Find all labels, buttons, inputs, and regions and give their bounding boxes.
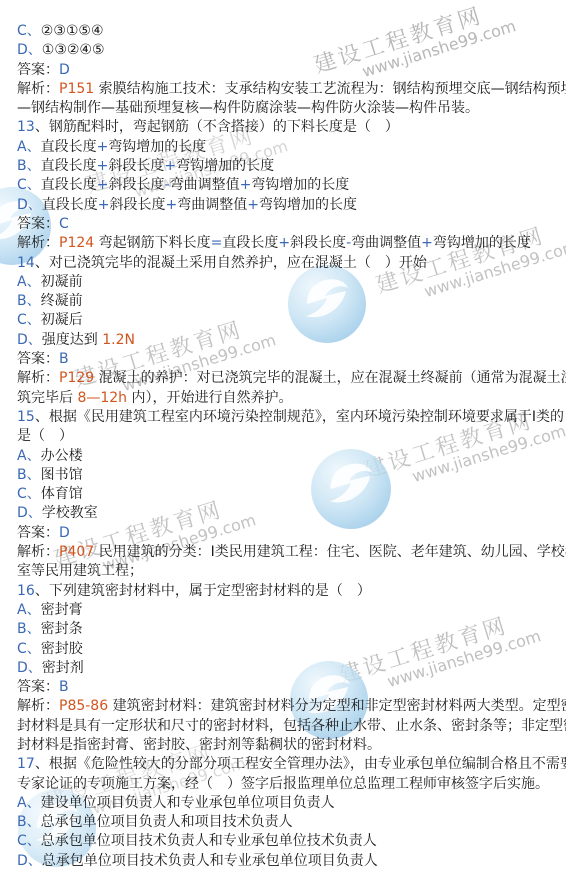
- body-text: 答案：: [17, 62, 59, 78]
- body-text: 初凝后: [41, 312, 83, 328]
- answer-line: 答案：B: [17, 678, 566, 697]
- body-text: 建筑密封材料：建筑密封材料分为定型和非定型密封材料两大类型。定型密: [108, 698, 566, 714]
- body-text: 直段长度: [42, 197, 98, 213]
- accent-text: B: [59, 351, 69, 367]
- option-line: B、终凝前: [17, 292, 566, 311]
- body-text: 答案：: [17, 525, 59, 541]
- body-text: 答案：: [17, 351, 59, 367]
- body-text: 强度达到: [42, 332, 102, 348]
- body-text: 内），开始进行自然养护。: [127, 390, 292, 406]
- body-text: 索膜结构施工技术：支承结构安装工艺流程为：钢结构预埋交底—钢结构预埋: [94, 81, 566, 97]
- question-line: 专家论证的专项施工方案，经（ ）签字后报监理单位总监理工程师审核签字后实施。: [17, 775, 566, 794]
- body-text: 民用建筑的分类：Ⅰ类民用建筑工程：住宅、医院、老年建筑、幼儿园、学校教: [94, 544, 566, 560]
- body-text: 密封条: [41, 621, 83, 637]
- question-line: 13、钢筋配料时，弯起钢筋（不含搭接）的下料长度是（ ）: [17, 118, 566, 137]
- body-text: 建设单位项目负责人和专业承包单位项目负责人: [41, 795, 335, 811]
- body-text: 体育馆: [41, 486, 83, 502]
- accent-text: B、: [17, 621, 41, 637]
- question-line: 17、根据《危险性较大的分部分项工程安全管理办法》，由专业承包单位编制合格且不需…: [17, 755, 566, 774]
- page-ref-text: 8—12h: [77, 390, 127, 406]
- accent-text: D: [59, 525, 70, 541]
- question-line: 15、根据《民用建筑工程室内环境污染控制规范》，室内环境污染控制环境要求属于Ⅰ类…: [17, 408, 566, 427]
- accent-text: C、: [17, 833, 41, 849]
- body-text: 弯曲调整值: [170, 177, 240, 193]
- accent-text: B、: [17, 293, 41, 309]
- answer-line: 答案：C: [17, 215, 566, 234]
- page-ref-text: P85-86: [59, 698, 108, 714]
- accent-text: +: [164, 158, 176, 174]
- accent-text: A、: [17, 795, 41, 811]
- option-line: D、强度达到 1.2N: [17, 331, 566, 350]
- question-line: 是（ ）: [17, 427, 566, 446]
- accent-text: B、: [17, 814, 41, 830]
- option-line: D、总承包单位项目技术负责人和专业承包单位项目负责人: [17, 852, 566, 871]
- option-line: A、直段长度+弯钩增加的长度: [17, 138, 566, 157]
- accent-text: C、: [17, 177, 41, 193]
- accent-text: +: [240, 177, 252, 193]
- accent-text: +: [166, 197, 178, 213]
- body-text: 斜段长度: [109, 177, 165, 193]
- body-text: 总承包单位项目负责人和项目技术负责人: [41, 814, 293, 830]
- body-text: 是（ ）: [17, 428, 73, 444]
- accent-text: C: [59, 216, 69, 232]
- body-text: ①③②④⑤: [42, 42, 105, 58]
- body-text: 解析：: [17, 370, 59, 386]
- accent-text: +: [421, 235, 433, 251]
- accent-text: B: [59, 679, 69, 695]
- answer-line: 答案：D: [17, 524, 566, 543]
- body-text: 斜段长度: [108, 158, 164, 174]
- accent-text: 13: [17, 119, 35, 135]
- option-line: D、①③②④⑤: [17, 41, 566, 60]
- explanation-line: 筑完毕后 8—12h 内），开始进行自然养护。: [17, 389, 566, 408]
- accent-text: D、: [17, 853, 42, 869]
- accent-text: C、: [17, 23, 41, 39]
- body-text: 解析：: [17, 81, 59, 97]
- page-ref-text: P124: [59, 235, 94, 251]
- accent-text: C、: [17, 486, 41, 502]
- option-line: C、直段长度+斜段长度-弯曲调整值+弯钩增加的长度: [17, 176, 566, 195]
- accent-text: A、: [17, 139, 41, 155]
- document-page: 建设工程教育网www.jianshe99.com建设工程教育网www.jians…: [0, 0, 566, 888]
- accent-text: D: [59, 62, 70, 78]
- accent-text: +: [97, 139, 109, 155]
- accent-text: +: [98, 197, 110, 213]
- body-text: 、根据《民用建筑工程室内环境污染控制规范》，室内环境污染控制环境要求属于Ⅰ类的: [35, 409, 564, 425]
- body-text: 终凝前: [41, 293, 83, 309]
- option-line: A、密封膏: [17, 601, 566, 620]
- option-line: D、密封剂: [17, 659, 566, 678]
- accent-text: C、: [17, 312, 41, 328]
- body-text: 、对已浇筑完毕的混凝土采用自然养护，应在混凝土（ ）开始: [35, 255, 427, 271]
- accent-text: B、: [17, 158, 41, 174]
- body-text: 直段长度: [41, 158, 97, 174]
- option-line: A、建设单位项目负责人和专业承包单位项目负责人: [17, 794, 566, 813]
- accent-text: 15: [17, 409, 35, 425]
- body-text: 办公楼: [41, 448, 83, 464]
- accent-text: 16: [17, 583, 35, 599]
- option-line: B、总承包单位项目负责人和项目技术负责人: [17, 813, 566, 832]
- option-line: B、直段长度+斜段长度+弯钩增加的长度: [17, 157, 566, 176]
- explanation-line: 解析：P129 混凝土的养护：对已浇筑完毕的混凝土，应在混凝土终凝前（通常为混凝…: [17, 369, 566, 388]
- option-line: B、图书馆: [17, 466, 566, 485]
- body-text: 密封剂: [42, 660, 84, 676]
- body-text: 解析：: [17, 235, 59, 251]
- body-text: 学校教室: [42, 505, 98, 521]
- body-text: 解析：: [17, 544, 59, 560]
- body-text: 密封膏: [41, 602, 83, 618]
- page-ref-text: P129: [59, 370, 94, 386]
- option-line: C、体育馆: [17, 485, 566, 504]
- accent-text: D、: [17, 197, 42, 213]
- page-ref-text: P407: [59, 544, 94, 560]
- option-line: D、直段长度+斜段长度+弯曲调整值+弯钩增加的长度: [17, 196, 566, 215]
- accent-text: +: [278, 235, 290, 251]
- accent-text: D、: [17, 505, 42, 521]
- body-text: 初凝前: [41, 274, 83, 290]
- accent-text: +: [247, 197, 259, 213]
- question-line: 16、下列建筑密封材料中，属于定型密封材料的是（ ）: [17, 582, 566, 601]
- body-text: 解析：: [17, 698, 59, 714]
- accent-text: =: [211, 235, 223, 251]
- body-text: 弯起钢筋下料长度: [94, 235, 210, 251]
- accent-text: C、: [17, 641, 41, 657]
- body-text: 总承包单位项目技术负责人和专业承包单位项目负责人: [42, 853, 378, 869]
- option-line: C、初凝后: [17, 311, 566, 330]
- body-text: 直段长度: [222, 235, 278, 251]
- body-text: 室等民用建筑工程；: [17, 563, 143, 579]
- body-text: 总承包单位项目技术负责人和专业承包单位技术负责人: [41, 833, 377, 849]
- body-text: ②③①⑤④: [41, 23, 104, 39]
- body-text: 封材料是指密封膏、密封胶、密封剂等黏稠状的密封材料。: [17, 737, 381, 753]
- page-ref-text: 1.2N: [102, 332, 135, 348]
- explanation-line: —钢结构制作—基础预埋复核—构件防腐涂装—构件防火涂装—构件吊装。: [17, 99, 566, 118]
- accent-text: +: [97, 177, 109, 193]
- option-line: A、初凝前: [17, 273, 566, 292]
- body-text: 图书馆: [41, 467, 83, 483]
- body-text: 斜段长度: [110, 197, 166, 213]
- option-line: C、②③①⑤④: [17, 22, 566, 41]
- body-text: 弯钩增加的长度: [176, 158, 274, 174]
- option-line: B、密封条: [17, 620, 566, 639]
- answer-line: 答案：B: [17, 350, 566, 369]
- body-text: 筑完毕后: [17, 390, 77, 406]
- body-text: 直段长度: [41, 177, 97, 193]
- body-text: 弯钩增加的长度: [433, 235, 531, 251]
- explanation-line: 室等民用建筑工程；: [17, 562, 566, 581]
- body-text: 封材料是具有一定形状和尺寸的密封材料，包括各种止水带、止水条、密封条等；非定型密: [17, 718, 566, 734]
- explanation-line: 解析：P124 弯起钢筋下料长度=直段长度+斜段长度-弯曲调整值+弯钩增加的长度: [17, 234, 566, 253]
- option-line: C、总承包单位项目技术负责人和专业承包单位技术负责人: [17, 832, 566, 851]
- body-text: 、钢筋配料时，弯起钢筋（不含搭接）的下料长度是（ ）: [35, 119, 399, 135]
- explanation-line: 封材料是指密封膏、密封胶、密封剂等黏稠状的密封材料。: [17, 736, 566, 755]
- accent-text: 14: [17, 255, 35, 271]
- question-line: 14、对已浇筑完毕的混凝土采用自然养护，应在混凝土（ ）开始: [17, 254, 566, 273]
- body-text: 弯钩增加的长度: [108, 139, 206, 155]
- body-text: 直段长度: [41, 139, 97, 155]
- accent-text: D、: [17, 332, 42, 348]
- body-text: 专家论证的专项施工方案，经（ ）签字后报监理单位总监理工程师审核签字后实施。: [17, 776, 549, 792]
- accent-text: A、: [17, 274, 41, 290]
- body-text: 混凝土的养护：对已浇筑完毕的混凝土，应在混凝土终凝前（通常为混凝土浇: [94, 370, 566, 386]
- body-text: 、下列建筑密封材料中，属于定型密封材料的是（ ）: [35, 583, 371, 599]
- option-line: D、学校教室: [17, 504, 566, 523]
- explanation-line: 解析：P407 民用建筑的分类：Ⅰ类民用建筑工程：住宅、医院、老年建筑、幼儿园、…: [17, 543, 566, 562]
- answer-line: 答案：D: [17, 61, 566, 80]
- explanation-line: 解析：P151 索膜结构施工技术：支承结构安装工艺流程为：钢结构预埋交底—钢结构…: [17, 80, 566, 99]
- page-ref-text: P151: [59, 81, 94, 97]
- option-line: A、办公楼: [17, 447, 566, 466]
- accent-text: D、: [17, 660, 42, 676]
- body-text: 、根据《危险性较大的分部分项工程安全管理办法》，由专业承包单位编制合格且不需要: [35, 756, 566, 772]
- option-line: C、密封胶: [17, 640, 566, 659]
- accent-text: A、: [17, 602, 41, 618]
- explanation-line: 解析：P85-86 建筑密封材料：建筑密封材料分为定型和非定型密封材料两大类型。…: [17, 697, 566, 716]
- body-text: 密封胶: [41, 641, 83, 657]
- body-text: 弯钩增加的长度: [259, 197, 357, 213]
- body-text: 答案：: [17, 679, 59, 695]
- body-text: 弯钩增加的长度: [251, 177, 349, 193]
- body-text: 答案：: [17, 216, 59, 232]
- body-text: —钢结构制作—基础预埋复核—构件防腐涂装—构件防火涂装—构件吊装。: [17, 100, 479, 116]
- explanation-line: 封材料是具有一定形状和尺寸的密封材料，包括各种止水带、止水条、密封条等；非定型密: [17, 717, 566, 736]
- accent-text: D、: [17, 42, 42, 58]
- document-text: C、②③①⑤④D、①③②④⑤答案：D解析：P151 索膜结构施工技术：支承结构安…: [17, 22, 566, 871]
- accent-text: +: [97, 158, 109, 174]
- accent-text: A、: [17, 448, 41, 464]
- body-text: 弯曲调整值: [177, 197, 247, 213]
- accent-text: B、: [17, 467, 41, 483]
- accent-text: 17: [17, 756, 35, 772]
- body-text: 弯曲调整值: [351, 235, 421, 251]
- body-text: 斜段长度: [290, 235, 346, 251]
